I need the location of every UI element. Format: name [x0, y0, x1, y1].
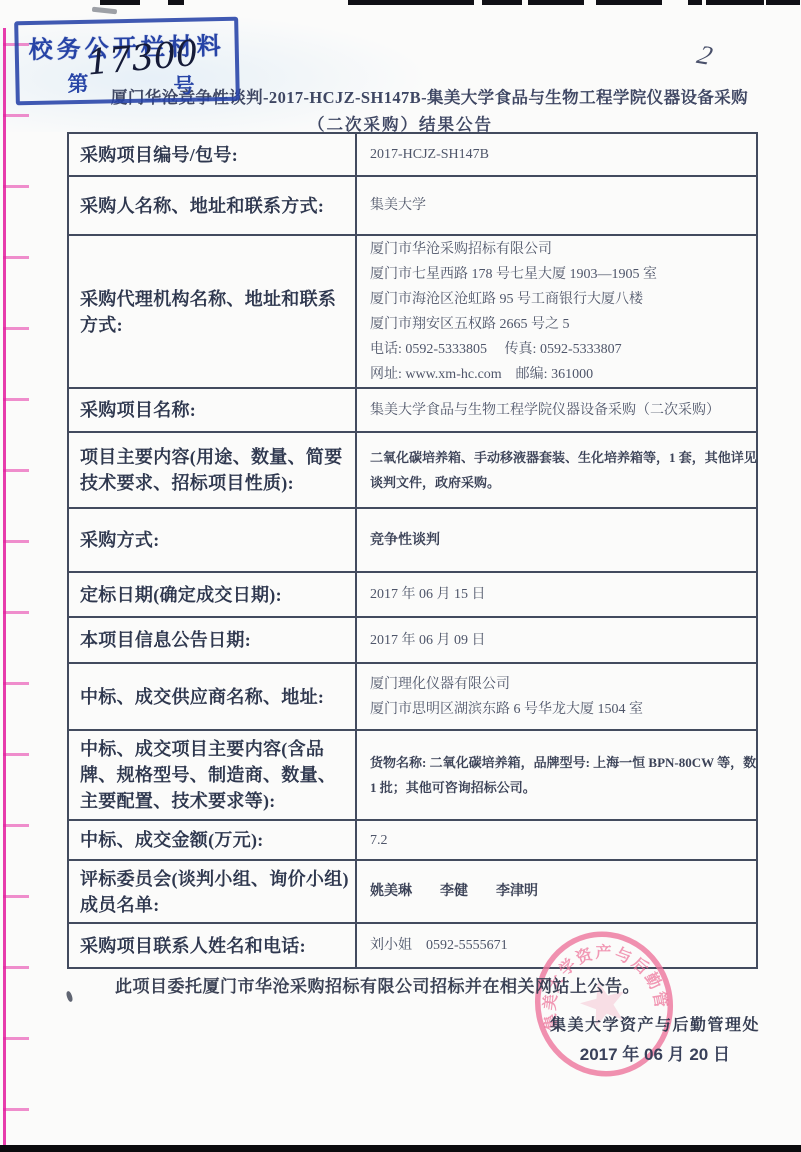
row-label: 采购代理机构名称、地址和联系方式: — [69, 236, 357, 387]
scan-edge-tick — [3, 682, 29, 685]
scan-edge-tick — [3, 398, 29, 401]
scan-top-mark — [482, 0, 522, 5]
row-label: 评标委员会(谈判小组、询价小组)成员名单: — [69, 861, 357, 922]
table-row: 采购代理机构名称、地址和联系方式:厦门市华沧采购招标有限公司厦门市七星西路 17… — [69, 234, 756, 387]
row-value: 厦门市华沧采购招标有限公司厦门市七星西路 178 号七星大厦 1903—1905… — [357, 236, 756, 387]
row-value: 集美大学食品与生物工程学院仪器设备采购（二次采购） — [357, 389, 756, 431]
scan-top-mark — [706, 0, 764, 5]
row-label: 中标、成交项目主要内容(含品牌、规格型号、制造商、数量、主要配置、技术要求等): — [69, 731, 357, 819]
row-label: 中标、成交供应商名称、地址: — [69, 664, 357, 729]
table-row: 中标、成交项目主要内容(含品牌、规格型号、制造商、数量、主要配置、技术要求等):… — [69, 729, 756, 819]
procurement-result-table: 采购项目编号/包号:2017-HCJZ-SH147B采购人名称、地址和联系方式:… — [67, 132, 758, 969]
row-label: 采购人名称、地址和联系方式: — [69, 177, 357, 234]
table-row: 项目主要内容(用途、数量、简要技术要求、招标项目性质):二氧化碳培养箱、手动移液… — [69, 431, 756, 507]
scan-edge-tick — [3, 327, 29, 330]
row-label: 中标、成交金额(万元): — [69, 821, 357, 859]
table-row: 采购项目编号/包号:2017-HCJZ-SH147B — [69, 134, 756, 175]
scan-edge-tick — [3, 824, 29, 827]
table-row: 采购项目名称:集美大学食品与生物工程学院仪器设备采购（二次采购） — [69, 387, 756, 431]
row-value: 集美大学 — [357, 177, 756, 234]
row-label: 项目主要内容(用途、数量、简要技术要求、招标项目性质): — [69, 433, 357, 507]
row-label: 采购方式: — [69, 509, 357, 571]
row-value: 竞争性谈判 — [357, 509, 756, 571]
row-label: 采购项目名称: — [69, 389, 357, 431]
scan-edge-tick — [3, 895, 29, 898]
table-row: 采购方式:竞争性谈判 — [69, 507, 756, 571]
row-value: 厦门理化仪器有限公司厦门市思明区湖滨东路 6 号华龙大厦 1504 室 — [357, 664, 756, 729]
scan-top-mark — [688, 0, 702, 5]
row-value: 2017 年 06 月 09 日 — [357, 618, 756, 662]
row-label: 本项目信息公告日期: — [69, 618, 357, 662]
scan-edge-tick — [3, 1108, 29, 1111]
scan-edge-tick — [3, 611, 29, 614]
scan-bottom-edge — [0, 1145, 801, 1152]
row-value: 2017 年 06 月 15 日 — [357, 573, 756, 616]
registration-stamp: 校务公开栏材料 第 号 17300 — [14, 17, 240, 106]
table-row: 中标、成交供应商名称、地址:厦门理化仪器有限公司厦门市思明区湖滨东路 6 号华龙… — [69, 662, 756, 729]
row-label: 采购项目联系人姓名和电话: — [69, 924, 357, 967]
scan-edge-tick — [3, 753, 29, 756]
stamp-number-prefix: 第 — [67, 68, 89, 98]
scanned-document-page: 校务公开栏材料 第 号 17300 2 厦门华沧竞争性谈判-2017-HCJZ-… — [0, 0, 801, 1152]
row-label: 采购项目编号/包号: — [69, 134, 357, 175]
table-row: 本项目信息公告日期:2017 年 06 月 09 日 — [69, 616, 756, 662]
row-value: 姚美琳 李健 李津明 — [357, 861, 756, 922]
handwritten-page-number: 2 — [694, 39, 716, 71]
issue-date: 2017 年 06 月 20 日 — [400, 1040, 763, 1065]
row-value: 2017-HCJZ-SH147B — [357, 134, 756, 175]
scan-edge-tick — [3, 185, 29, 188]
row-value: 二氧化碳培养箱、手动移液器套装、生化培养箱等，1 套，其他详见谈判文件，政府采购… — [357, 433, 756, 507]
scan-edge-tick — [3, 966, 29, 969]
row-value: 7.2 — [357, 821, 756, 859]
table-row: 定标日期(确定成交日期):2017 年 06 月 15 日 — [69, 571, 756, 616]
table-row: 评标委员会(谈判小组、询价小组)成员名单:姚美琳 李健 李津明 — [69, 859, 756, 922]
scan-edge-tick — [3, 540, 29, 543]
row-label: 定标日期(确定成交日期): — [69, 573, 357, 616]
table-row: 采购人名称、地址和联系方式:集美大学 — [69, 175, 756, 234]
scan-edge-tick — [3, 256, 29, 259]
scan-top-mark — [100, 0, 140, 5]
scan-edge-tick — [3, 1037, 29, 1040]
scan-edge-line — [3, 28, 6, 1146]
scan-top-mark — [168, 0, 184, 5]
table-row: 中标、成交金额(万元):7.2 — [69, 819, 756, 859]
scan-edge-tick — [3, 469, 29, 472]
scan-top-mark — [766, 0, 800, 5]
row-value: 货物名称: 二氧化碳培养箱，品牌型号: 上海一恒 BPN-80CW 等，数量:1… — [357, 731, 756, 819]
scan-top-mark — [348, 0, 474, 5]
issuer-signature: 集美大学资产与后勤管理处 — [400, 1012, 770, 1035]
scan-top-mark — [596, 0, 662, 5]
scan-top-mark — [528, 0, 584, 5]
footer-note: 此项目委托厦门市华沧采购招标有限公司招标并在相关网站上公告。 — [67, 972, 772, 997]
